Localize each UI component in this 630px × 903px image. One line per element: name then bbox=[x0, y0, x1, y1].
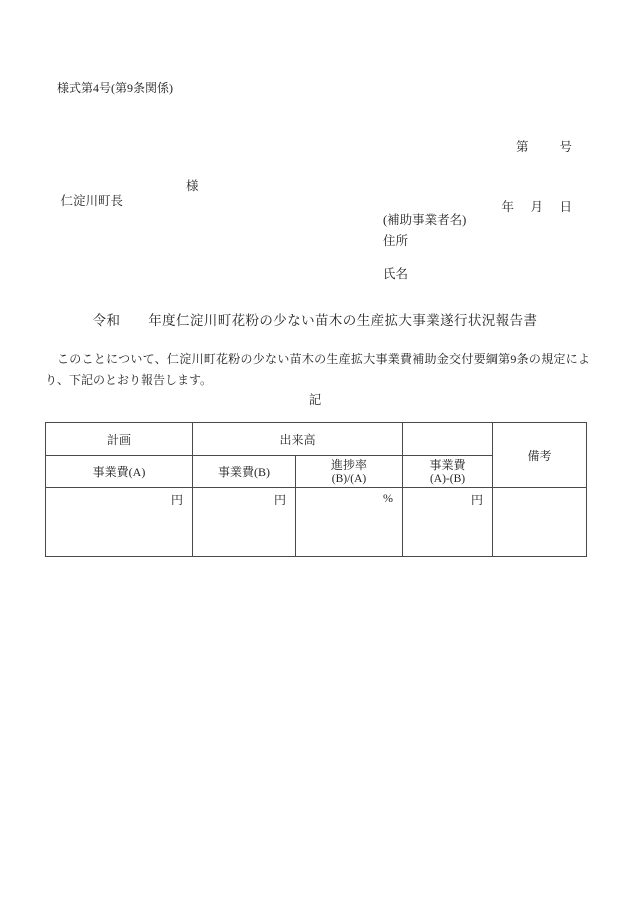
value-cell-cost-diff: 円 bbox=[403, 488, 493, 557]
value-cell-cost-a: 円 bbox=[46, 488, 193, 557]
addressee-name: 仁淀川町長 bbox=[61, 194, 124, 208]
applicant-org-label: (補助事業者名) bbox=[383, 213, 466, 227]
document-title: 令和 年度仁淀川町花粉の少ない苗木の生産拡大事業遂行状況報告書 bbox=[0, 309, 630, 329]
document-number-line: 第 号 bbox=[501, 137, 574, 157]
cost-diff-label: 事業費 bbox=[403, 458, 492, 472]
header-cell-cost-a: 事業費(A) bbox=[46, 456, 193, 488]
addressee-line: 仁淀川町長 様 bbox=[48, 176, 123, 239]
body-paragraph: このことについて、仁淀川町花粉の少ない苗木の生産拡大事業費補助金交付要綱第9条の… bbox=[45, 349, 590, 390]
header-cell-remarks: 備考 bbox=[493, 423, 587, 488]
progress-rate-formula: (B)/(A) bbox=[296, 472, 402, 486]
header-cell-cost-diff: 事業費 (A)-(B) bbox=[403, 456, 493, 488]
applicant-name-label: 氏名 bbox=[383, 267, 466, 281]
progress-report-table: 計画 出来高 備考 事業費(A) 事業費(B) 進捗率 (B)/(A) 事業費 … bbox=[45, 422, 587, 557]
addressee-honorific: 様 bbox=[186, 176, 199, 194]
document-page: 様式第4号(第9条関係) 第 号 年 月 日 仁淀川町長 様 (補助事業者名) … bbox=[0, 0, 630, 903]
header-cell-blank bbox=[403, 423, 493, 456]
cost-diff-formula: (A)-(B) bbox=[403, 472, 492, 486]
header-cell-progress-rate: 進捗率 (B)/(A) bbox=[296, 456, 403, 488]
applicant-address-label: 住所 bbox=[383, 234, 466, 248]
header-cell-progress: 出来高 bbox=[193, 423, 403, 456]
value-cell-remarks bbox=[493, 488, 587, 557]
form-number-label: 様式第4号(第9条関係) bbox=[57, 79, 173, 96]
applicant-block: (補助事業者名) 住所 氏名 bbox=[383, 213, 466, 281]
value-cell-progress-rate: % bbox=[296, 488, 403, 557]
record-marker: 記 bbox=[0, 390, 630, 408]
document-date-line: 年 月 日 bbox=[501, 197, 574, 217]
document-meta: 第 号 年 月 日 bbox=[501, 97, 574, 257]
header-cell-plan: 計画 bbox=[46, 423, 193, 456]
progress-rate-label: 進捗率 bbox=[296, 458, 402, 472]
value-cell-cost-b: 円 bbox=[193, 488, 296, 557]
header-cell-cost-b: 事業費(B) bbox=[193, 456, 296, 488]
